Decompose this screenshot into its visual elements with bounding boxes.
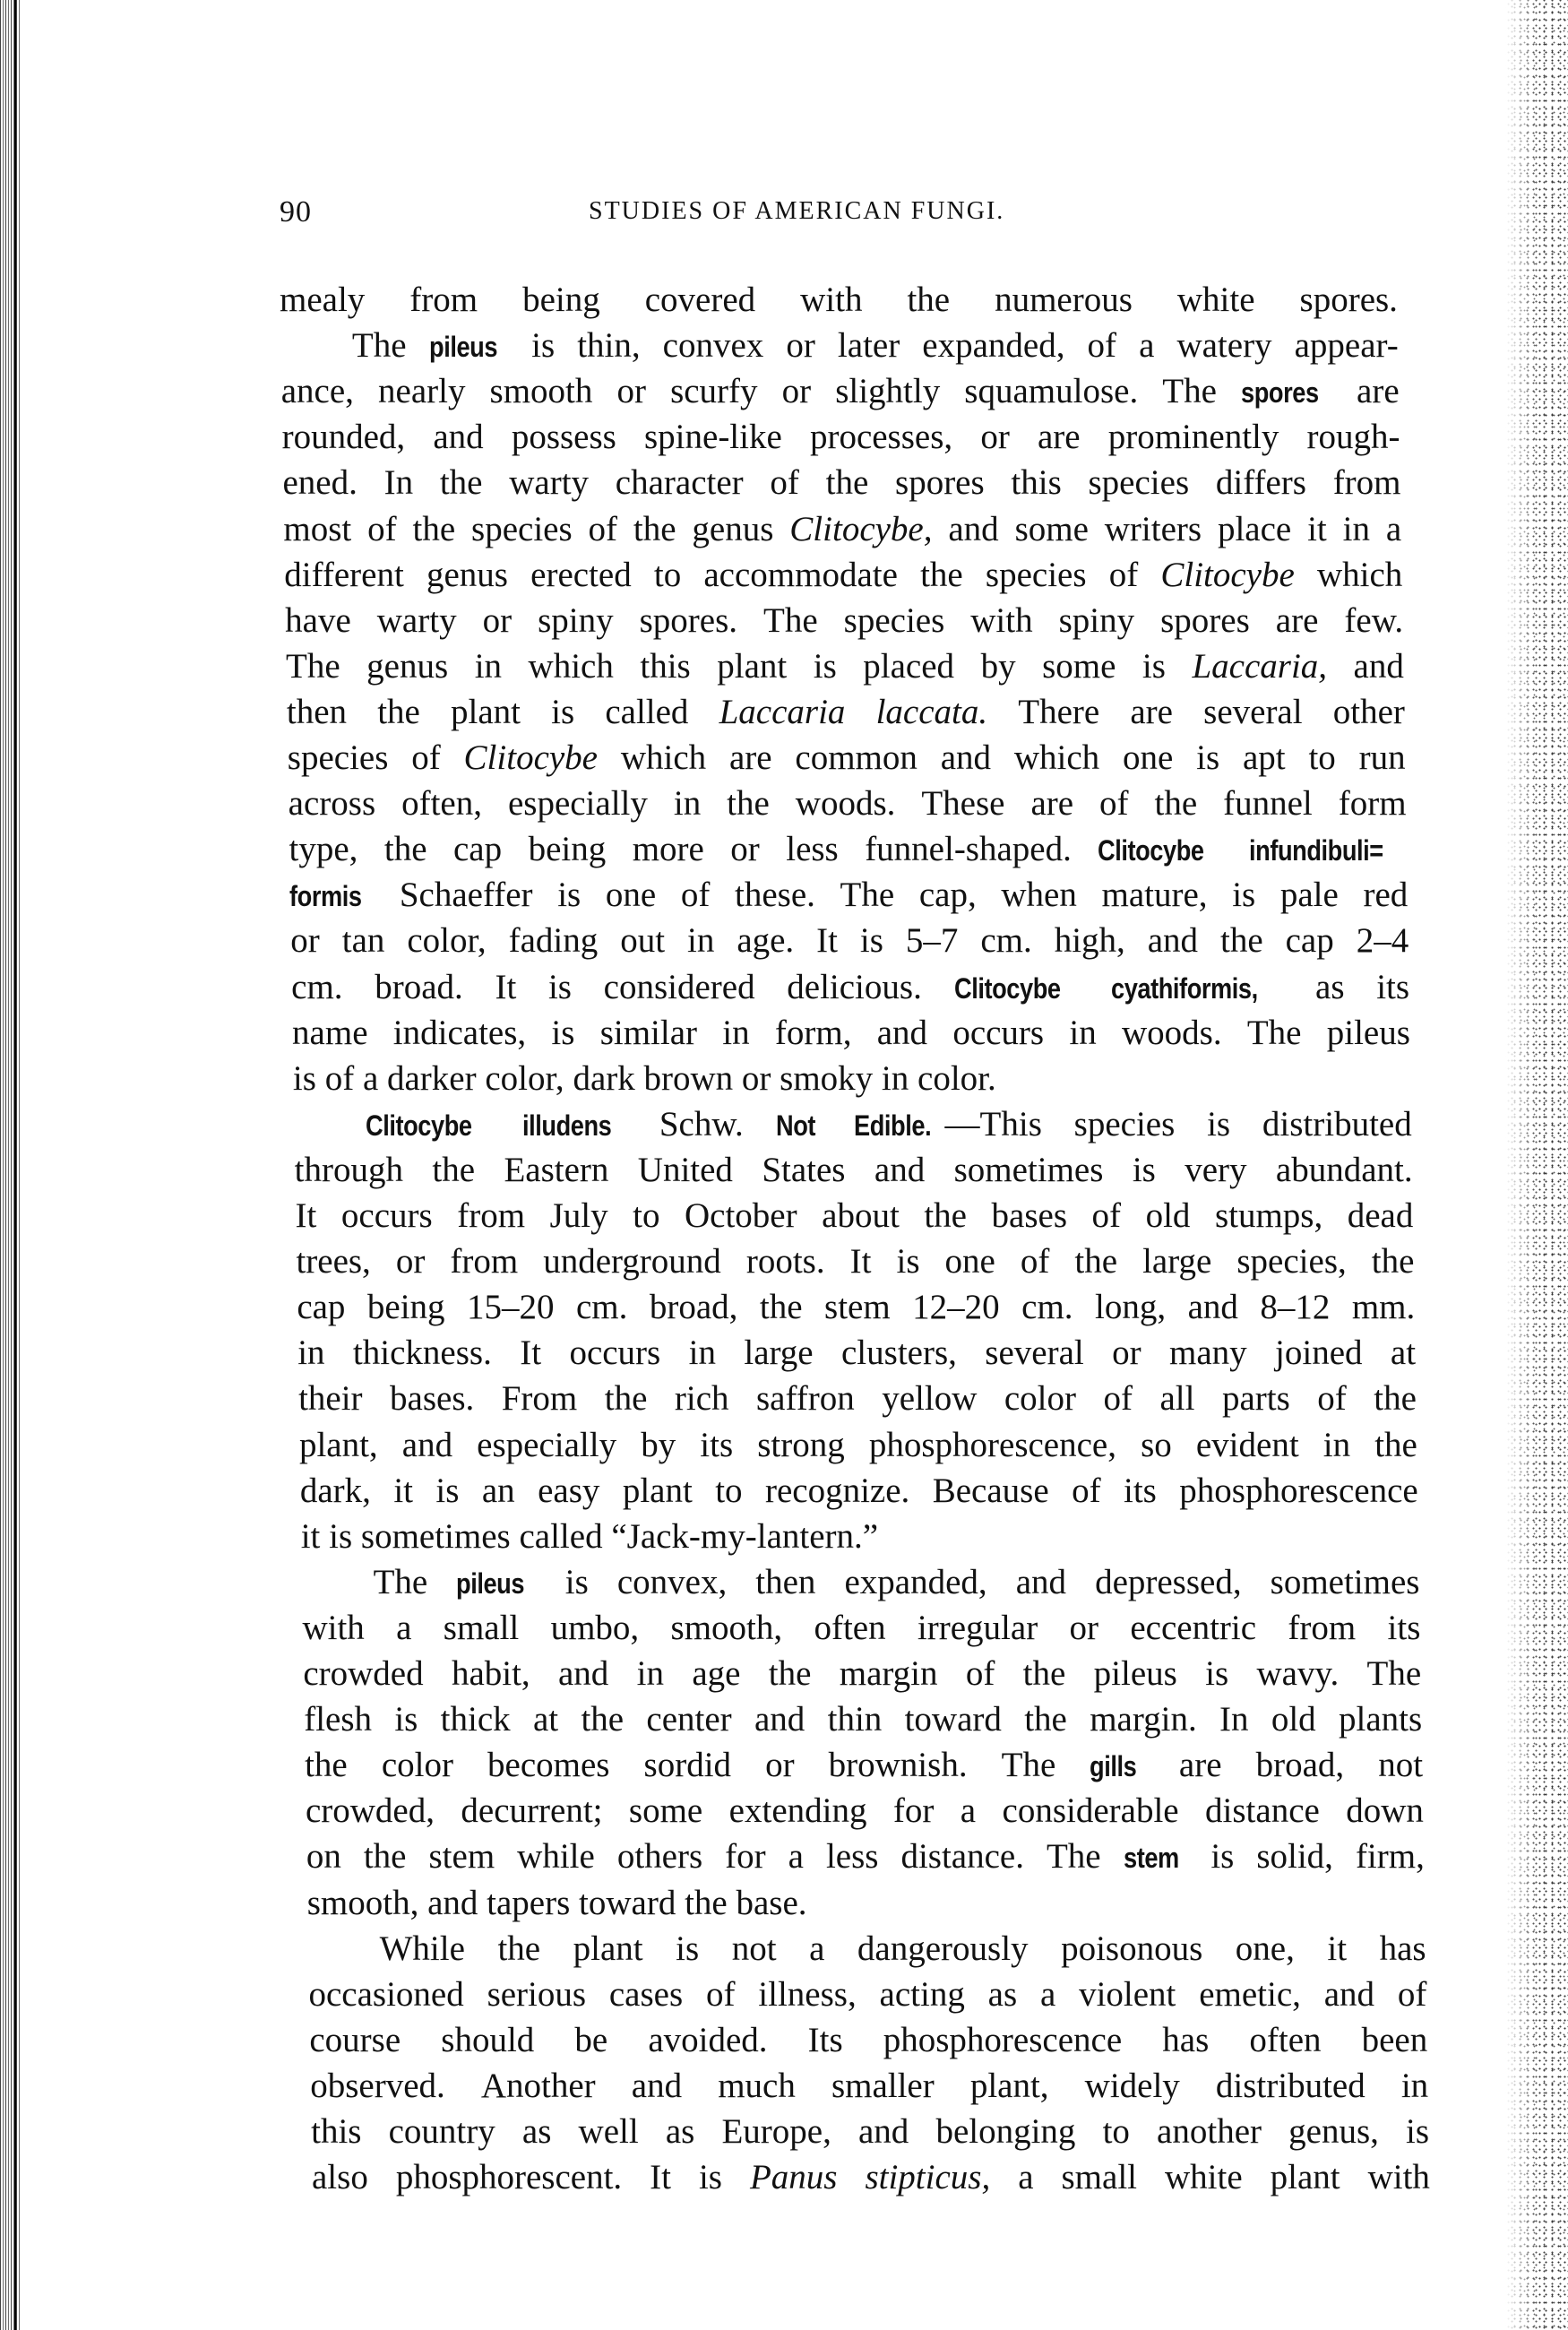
- word-text: warty: [377, 601, 457, 640]
- word-text: the: [924, 1196, 967, 1235]
- word-text: and: [558, 1654, 608, 1693]
- word: spores: [895, 461, 985, 505]
- word-text: a: [1386, 510, 1401, 548]
- word: less: [786, 827, 839, 872]
- word: other: [1333, 690, 1405, 735]
- word-text: plant: [573, 1929, 643, 1968]
- word-text: some: [1042, 647, 1116, 686]
- text-line: ClitocybeilludensSchw.NotEdible.—Thisspe…: [294, 1102, 1412, 1147]
- word-text: in: [687, 921, 714, 960]
- word-text: expanded,: [844, 1563, 986, 1601]
- word-text: avoided.: [648, 2021, 767, 2059]
- word-text: delicious.: [787, 968, 922, 1006]
- word: it: [1307, 507, 1327, 552]
- word: color,: [485, 1059, 564, 1098]
- word-text: in: [674, 784, 701, 823]
- word-text: darker: [387, 1059, 477, 1098]
- word-text: It: [850, 1242, 872, 1281]
- word-text: is: [293, 1059, 316, 1098]
- word: watery: [1176, 324, 1271, 368]
- word-text: its: [700, 1426, 733, 1464]
- word-text: the: [1074, 1242, 1117, 1281]
- word-text: scurfy: [670, 372, 757, 410]
- word-text: and: [754, 1700, 805, 1739]
- word: fading: [509, 919, 599, 963]
- word-text: is: [1196, 738, 1219, 777]
- word: this: [311, 2110, 361, 2154]
- word: high,: [1055, 919, 1125, 963]
- word: There: [1018, 690, 1099, 735]
- word-text: be: [574, 2021, 607, 2059]
- word-text: Another: [481, 2067, 596, 2105]
- word-text: accommodate: [703, 556, 898, 594]
- word-text: From: [502, 1379, 578, 1418]
- word-text: are: [1179, 1746, 1222, 1784]
- word: expanded,: [844, 1560, 986, 1605]
- word: is: [1196, 736, 1219, 781]
- word-text: is: [329, 1517, 352, 1556]
- word-text: the: [412, 510, 455, 548]
- word: is: [531, 324, 555, 368]
- word: brown: [644, 1059, 734, 1098]
- word-text: being: [367, 1288, 445, 1326]
- word: pileus: [456, 1560, 536, 1605]
- word-text: 15–20: [467, 1288, 555, 1326]
- word: of: [770, 461, 799, 505]
- word-text: broad,: [1256, 1746, 1345, 1784]
- word-text: is: [557, 876, 581, 914]
- word-text: across: [289, 784, 375, 823]
- word-text: in: [1323, 1426, 1350, 1464]
- word: distance.: [900, 1834, 1024, 1879]
- word: in: [674, 781, 701, 826]
- word-text: ened.: [283, 463, 358, 502]
- word-text: spine-like: [644, 418, 782, 456]
- word: this: [640, 644, 690, 689]
- word: and: [1016, 1560, 1066, 1605]
- word-text: in: [722, 1014, 749, 1052]
- word: this: [1011, 461, 1061, 505]
- word-text: apt: [1243, 738, 1286, 777]
- word: then: [755, 1560, 815, 1605]
- word: Edible.—This: [854, 1102, 1042, 1147]
- word: several: [1203, 690, 1302, 735]
- word: at: [1391, 1331, 1416, 1376]
- word: has: [1380, 1927, 1426, 1972]
- word: and: [948, 507, 998, 552]
- word: and: [632, 2064, 682, 2109]
- word: ance,: [281, 369, 354, 414]
- word: is: [1142, 644, 1166, 689]
- word: form,: [775, 1011, 852, 1056]
- word: a: [961, 1789, 976, 1834]
- word: to: [633, 1194, 659, 1238]
- word: stem: [429, 1834, 495, 1879]
- word: or: [483, 599, 513, 643]
- word: thickness.: [353, 1331, 492, 1376]
- word: and: [427, 1884, 478, 1922]
- word-text: watery: [1176, 326, 1271, 365]
- word-text: numerous: [995, 280, 1133, 319]
- word: from: [1333, 461, 1401, 505]
- word-text: dark,: [300, 1471, 371, 1510]
- word: emetic,: [1199, 1972, 1301, 2017]
- word: parts: [1222, 1376, 1290, 1421]
- word-text: a: [1139, 326, 1154, 365]
- word: old: [1271, 1697, 1316, 1742]
- word: of: [706, 1972, 736, 2017]
- word-text: it: [393, 1471, 413, 1510]
- bold-term: Clitocybe: [1098, 828, 1204, 873]
- word-text: occurs: [569, 1333, 660, 1372]
- word: in: [882, 1059, 909, 1098]
- word: covered: [645, 278, 755, 323]
- word: the: [760, 1285, 803, 1330]
- word: when: [1001, 873, 1076, 918]
- word: The: [374, 1560, 428, 1605]
- text-line: Thepileusisconvex,thenexpanded,anddepres…: [302, 1560, 1420, 1605]
- word: gills: [1090, 1743, 1145, 1788]
- word: pileus: [1094, 1652, 1177, 1696]
- word-text: one,: [1236, 1929, 1295, 1968]
- word: smooth,: [307, 1884, 419, 1922]
- word-text: most: [283, 510, 351, 548]
- word-text: a: [1018, 2158, 1033, 2196]
- word-text: becomes: [487, 1746, 609, 1784]
- word-text: in: [637, 1654, 664, 1693]
- word-text: especially: [477, 1426, 616, 1464]
- word-text: These: [921, 784, 1004, 823]
- word: These: [921, 781, 1004, 826]
- word: of: [1104, 1376, 1133, 1421]
- word: type,: [289, 827, 358, 872]
- word-text: of: [411, 738, 441, 777]
- word-text: extending: [729, 1791, 867, 1830]
- word-text: then: [287, 693, 347, 731]
- word: is: [548, 965, 572, 1010]
- word-text: umbo,: [551, 1609, 640, 1647]
- word-text: crowded: [303, 1654, 423, 1693]
- word: the: [497, 1927, 540, 1972]
- word-text: the: [377, 693, 420, 731]
- word: In: [1219, 1697, 1249, 1742]
- word-text: by: [641, 1426, 676, 1464]
- word: a: [788, 1834, 804, 1879]
- word-text: this: [1011, 463, 1061, 502]
- bold-term: Edible.: [854, 1103, 931, 1148]
- word: as: [1315, 965, 1345, 1010]
- word-text: been: [1362, 2021, 1428, 2059]
- word: warty: [377, 599, 457, 643]
- text-line: thiscountryaswellasEurope,andbelongingto…: [311, 2110, 1429, 2154]
- word: plant: [1271, 2155, 1340, 2200]
- word-text: The: [840, 876, 895, 914]
- word: some: [629, 1789, 702, 1834]
- word: plant,: [299, 1423, 378, 1468]
- word: a: [1139, 324, 1154, 368]
- word: plant: [573, 1927, 643, 1972]
- word-text: sometimes: [954, 1151, 1104, 1189]
- word-text: of: [1109, 556, 1139, 594]
- word-text: from: [457, 1196, 525, 1235]
- word-text: one: [606, 876, 656, 914]
- word: all: [1159, 1376, 1194, 1421]
- word: many: [1169, 1331, 1247, 1376]
- word-text: indicates,: [393, 1014, 526, 1052]
- word: is: [676, 1927, 699, 1972]
- word: species: [471, 507, 573, 552]
- word-text: of: [681, 876, 711, 914]
- word: rich: [675, 1376, 729, 1421]
- word: warty: [509, 461, 589, 505]
- word: of: [1021, 1239, 1050, 1284]
- word: of: [1317, 1376, 1347, 1421]
- word-text: spores.: [1300, 280, 1398, 319]
- italic-taxon: Laccaria: [719, 693, 846, 731]
- word-text: Europe,: [721, 2112, 831, 2151]
- word-text: trees,: [296, 1242, 370, 1281]
- text-line: thentheplantiscalledLaccarialaccata.Ther…: [287, 690, 1405, 735]
- word: by: [641, 1423, 676, 1468]
- word-text: species: [844, 601, 945, 640]
- word: long,: [1095, 1285, 1166, 1330]
- word-text: character: [616, 463, 744, 502]
- word: less: [826, 1834, 879, 1879]
- word: broad,: [650, 1285, 738, 1330]
- word: bases: [992, 1194, 1067, 1238]
- word-text: or: [782, 372, 812, 410]
- word: considerable: [1003, 1789, 1179, 1834]
- word: by: [981, 644, 1016, 689]
- word: are: [1276, 599, 1319, 643]
- word: occasioned: [308, 1972, 463, 2017]
- word-text: a: [363, 1059, 378, 1098]
- word-text: run: [1359, 738, 1406, 777]
- word: tan: [342, 919, 385, 963]
- text-line: rounded,andpossessspine-likeprocesses,or…: [282, 415, 1400, 460]
- word: in: [637, 1652, 664, 1696]
- word-text: a: [788, 1837, 804, 1876]
- word: The: [1162, 369, 1217, 414]
- word-text: Because: [933, 1471, 1049, 1510]
- word-text: placed: [863, 647, 954, 686]
- word-text: It: [495, 968, 516, 1006]
- word-text: mealy: [280, 280, 365, 319]
- word-text: or: [290, 921, 320, 960]
- word-text: of: [966, 1654, 995, 1693]
- word: depressed,: [1095, 1560, 1242, 1605]
- text-line: thecolorbecomessordidorbrownish.Thegills…: [305, 1743, 1423, 1788]
- word-text: margin: [840, 1654, 938, 1693]
- word: and: [402, 1423, 452, 1468]
- bold-term: stem: [1124, 1835, 1179, 1880]
- word: is: [565, 1560, 589, 1605]
- word-text: convex: [663, 326, 764, 365]
- text-line: mealyfrombeingcoveredwiththenumerouswhit…: [280, 278, 1398, 323]
- word: the: [727, 781, 770, 826]
- word-text: course: [309, 2021, 401, 2059]
- word-text: species: [986, 556, 1087, 594]
- word-text: funnel: [1223, 784, 1313, 823]
- word-text: margin.: [1090, 1700, 1197, 1739]
- word: It: [296, 1194, 317, 1238]
- text-line: Thepileusisthin,convexorlaterexpanded,of…: [280, 324, 1399, 368]
- word-text: in: [297, 1333, 324, 1372]
- word: or: [290, 919, 320, 963]
- word-text: color: [1004, 1379, 1076, 1418]
- word: it: [1327, 1927, 1347, 1972]
- word: well: [579, 2110, 639, 2154]
- word: habit,: [452, 1652, 530, 1696]
- word: at: [533, 1697, 558, 1742]
- word: species: [844, 599, 945, 643]
- word-text: “Jack-my-lantern.”: [611, 1517, 878, 1556]
- word-text: or: [765, 1746, 795, 1784]
- word-text: several: [1203, 693, 1302, 731]
- word-text: brown: [644, 1059, 734, 1098]
- word-text: Schaeffer: [400, 876, 533, 914]
- word: July: [550, 1194, 608, 1238]
- word: plant: [451, 690, 521, 735]
- word-text: the: [364, 1837, 407, 1876]
- word: for: [725, 1834, 765, 1879]
- word-text: broad,: [650, 1288, 738, 1326]
- word: an: [482, 1469, 515, 1514]
- word: occurs: [341, 1194, 433, 1238]
- word: Europe,: [721, 2110, 831, 2154]
- word: as: [988, 1972, 1018, 2017]
- word: or: [1112, 1331, 1142, 1376]
- word-text: occurs: [952, 1014, 1044, 1052]
- word: The: [1047, 1834, 1101, 1879]
- word: others: [617, 1834, 702, 1879]
- word: from: [450, 1239, 518, 1284]
- word-text: which: [529, 647, 614, 686]
- word: laccata.: [876, 690, 988, 735]
- word: the: [1220, 919, 1263, 963]
- word-text: cap,: [919, 876, 977, 914]
- word-text: woods.: [796, 784, 896, 823]
- word: their: [298, 1376, 362, 1421]
- word: which: [1014, 736, 1099, 781]
- word-text: in: [1069, 1014, 1096, 1052]
- word: of: [1099, 781, 1129, 826]
- word: The: [1002, 1743, 1056, 1788]
- word: of: [1092, 1194, 1122, 1238]
- word-text: underground: [543, 1242, 721, 1281]
- word-text: and: [1188, 1288, 1238, 1326]
- word-text: and: [877, 1014, 927, 1052]
- word: margin: [840, 1652, 938, 1696]
- word-text: white: [1165, 2158, 1243, 2196]
- word-text: and: [1016, 1563, 1066, 1601]
- word-text: color: [382, 1746, 453, 1784]
- word-text: plant: [1271, 2158, 1340, 2196]
- word: in: [689, 1331, 716, 1376]
- word: for: [893, 1789, 934, 1834]
- word: as: [522, 2110, 552, 2154]
- word-text: and: [1148, 921, 1198, 960]
- word-text: called: [605, 693, 688, 731]
- word: recognize.: [765, 1469, 909, 1514]
- text-line: occasionedseriouscasesofillness,actingas…: [308, 1972, 1426, 2017]
- word-text: appear-: [1295, 326, 1399, 365]
- word: to: [1308, 736, 1335, 781]
- word: being: [529, 827, 607, 872]
- word: white: [1177, 278, 1255, 323]
- word: a: [809, 1927, 824, 1972]
- word-text: United: [638, 1151, 733, 1189]
- word-text: all: [1159, 1379, 1194, 1418]
- word-text: and: [858, 2112, 909, 2151]
- word-text: The: [1162, 372, 1217, 410]
- word-text: its: [1376, 968, 1409, 1006]
- word: phosphorescence,: [869, 1423, 1116, 1468]
- word-text: July: [550, 1196, 608, 1235]
- page-number: 90: [280, 195, 312, 229]
- word: cases: [609, 1972, 683, 2017]
- word: of: [367, 507, 397, 552]
- word: bases.: [390, 1376, 474, 1421]
- word: is: [435, 1469, 459, 1514]
- word-text: to: [633, 1196, 659, 1235]
- word-text: the: [605, 1379, 648, 1418]
- word: and: [941, 736, 991, 781]
- word-text: cm.: [980, 921, 1031, 960]
- word: and: [877, 1011, 927, 1056]
- word: Laccaria,: [1192, 644, 1327, 689]
- word-text: is: [860, 921, 883, 960]
- word-text: firm,: [1356, 1837, 1425, 1876]
- word-text: are: [1038, 418, 1081, 456]
- word-text: one: [1123, 738, 1173, 777]
- word-text: distributed: [1262, 1105, 1412, 1143]
- word-text: is: [1142, 647, 1166, 686]
- word: to: [1103, 2110, 1130, 2154]
- word: margin.: [1090, 1697, 1197, 1742]
- word-text: has: [1380, 1929, 1426, 1968]
- word: the: [1374, 1376, 1417, 1421]
- word-text: is: [1205, 1654, 1228, 1693]
- word-text: place: [1218, 510, 1291, 548]
- word-text: name: [292, 1014, 367, 1052]
- word-text: as: [666, 2112, 695, 2151]
- word-text: less: [786, 830, 839, 868]
- word-text: fading: [509, 921, 599, 960]
- word: of: [411, 736, 441, 781]
- word-text: should: [441, 2021, 534, 2059]
- word-text: the: [305, 1746, 348, 1784]
- word: 5–7: [906, 919, 959, 963]
- word-text: the: [1024, 1700, 1067, 1739]
- word: in: [297, 1331, 324, 1376]
- word-text: evident: [1196, 1426, 1299, 1464]
- word-text: to: [1308, 738, 1335, 777]
- word: with: [1368, 2155, 1430, 2200]
- word: the: [412, 507, 455, 552]
- word-text: not: [732, 1929, 777, 1968]
- word: illudens: [522, 1102, 627, 1147]
- word-text: the: [769, 1654, 812, 1693]
- word: smaller: [831, 2064, 935, 2109]
- word-text: the: [685, 1884, 728, 1922]
- bold-term: gills: [1090, 1744, 1136, 1789]
- word: infundibuli=: [1249, 827, 1407, 872]
- word: much: [718, 2064, 796, 2109]
- word: toward: [579, 1884, 676, 1922]
- word-text: processes,: [810, 418, 952, 456]
- word: a: [1040, 1972, 1055, 2017]
